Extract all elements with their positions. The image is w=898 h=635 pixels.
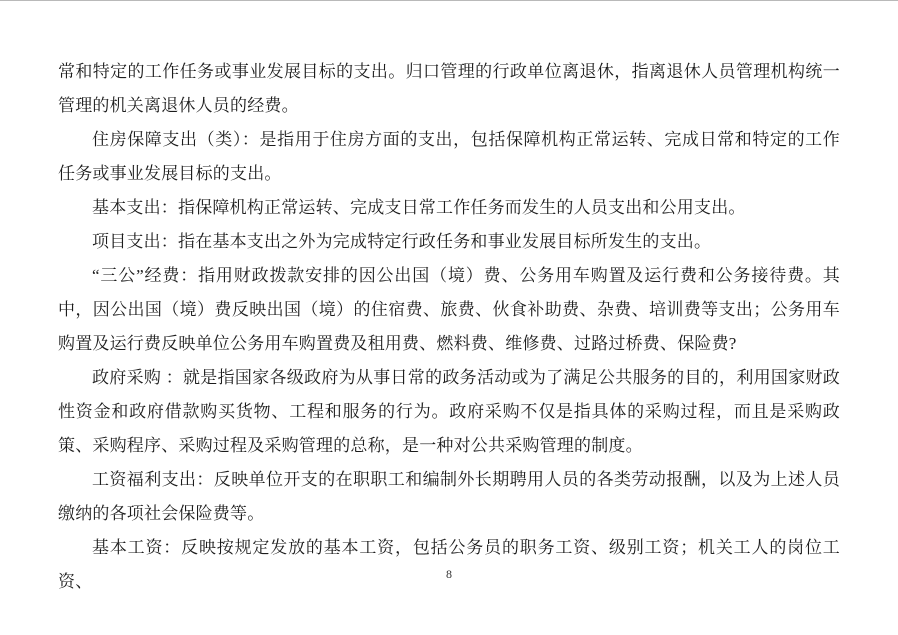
paragraph-three-public-funds: “三公”经费：指用财政拨款安排的因公出国（境）费、公务用车购置及运行费和公务接待…	[58, 259, 840, 361]
document-body: 常和特定的工作任务或事业发展目标的支出。归口管理的行政单位离退休，指离退休人员管…	[58, 55, 840, 599]
page-number: 8	[446, 567, 452, 581]
paragraph-retirement-funds-continuation: 常和特定的工作任务或事业发展目标的支出。归口管理的行政单位离退休，指离退休人员管…	[58, 55, 840, 123]
paragraph-government-procurement: 政府采购 ：就是指国家各级政府为从事日常的政务活动或为了满足公共服务的目的，利用…	[58, 361, 840, 463]
page-footer: 8	[0, 565, 898, 585]
paragraph-salary-welfare-expenditure: 工资福利支出：反映单位开支的在职职工和编制外长期聘用人员的各类劳动报酬，以及为上…	[58, 463, 840, 531]
paragraph-housing-security-expenditure: 住房保障支出（类）：是指用于住房方面的支出，包括保障机构正常运转、完成日常和特定…	[58, 123, 840, 191]
document-page: 常和特定的工作任务或事业发展目标的支出。归口管理的行政单位离退休，指离退休人员管…	[0, 0, 898, 635]
paragraph-basic-expenditure: 基本支出：指保障机构正常运转、完成支日常工作任务而发生的人员支出和公用支出。	[58, 191, 840, 225]
paragraph-project-expenditure: 项目支出：指在基本支出之外为完成特定行政任务和事业发展目标所发生的支出。	[58, 225, 840, 259]
